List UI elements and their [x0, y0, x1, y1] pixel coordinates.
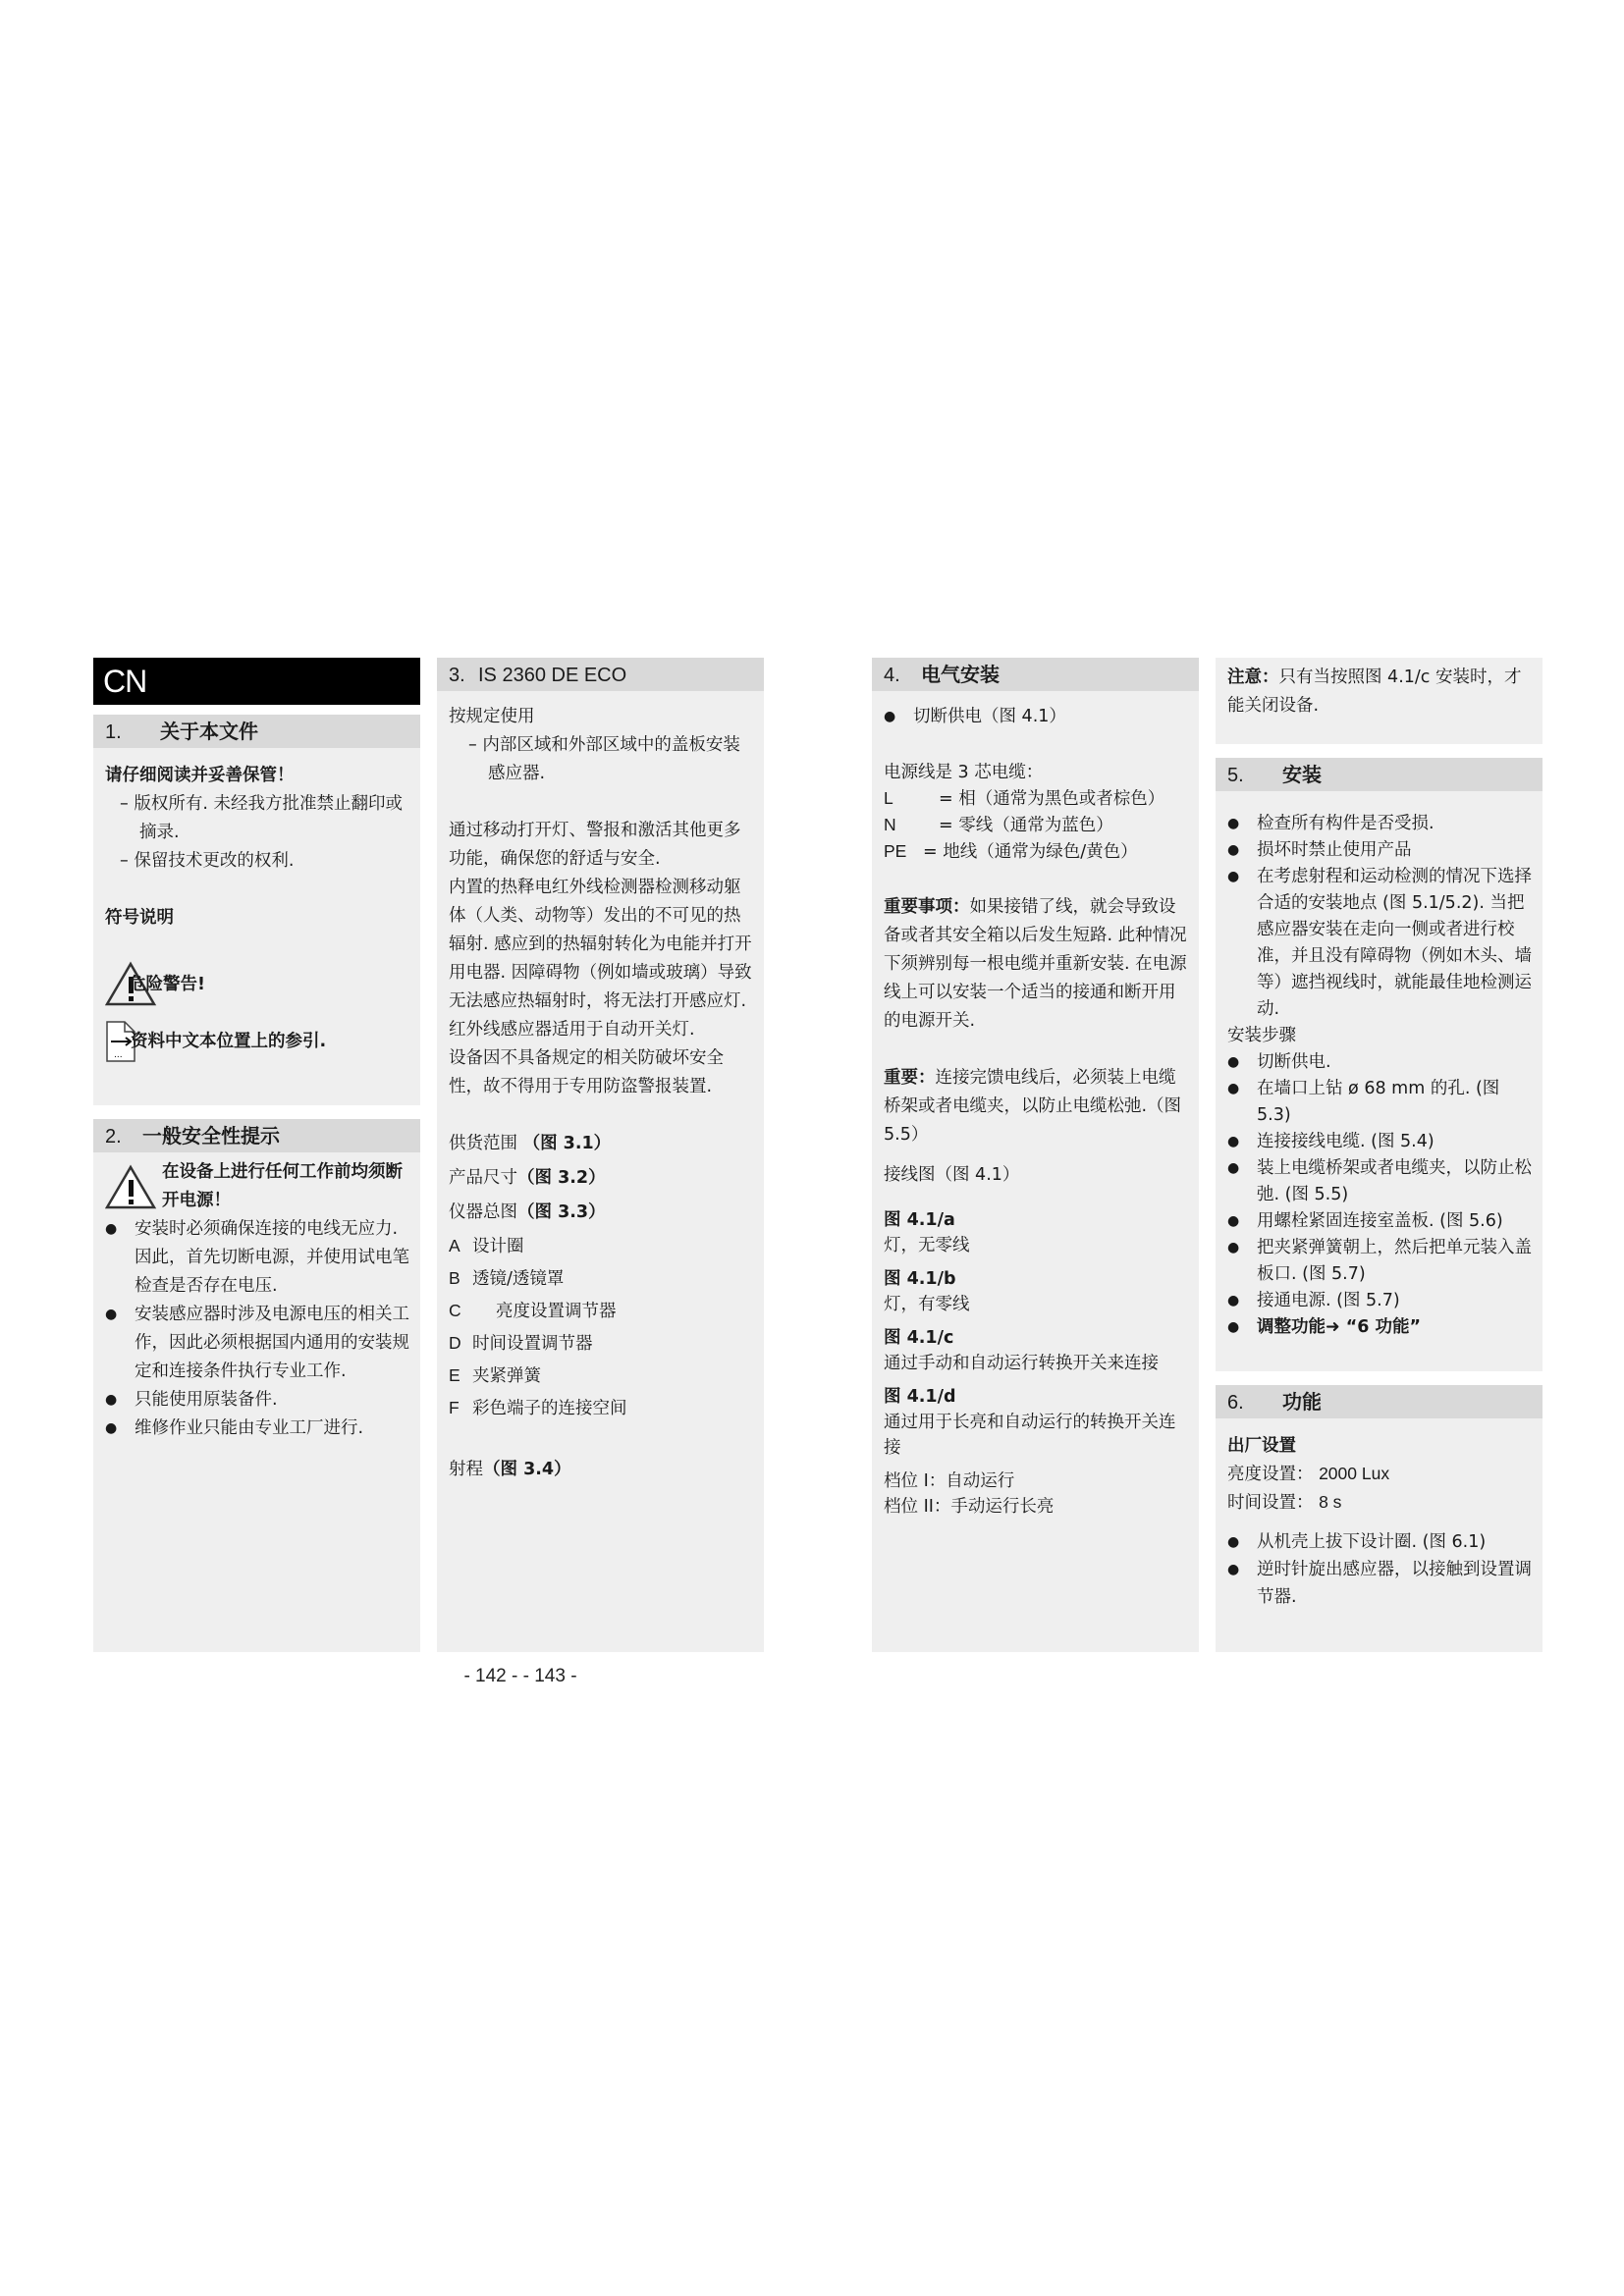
list-item: ●接通电源. (图 5.7): [1227, 1288, 1533, 1314]
list-item: ●把夹紧弹簧朝上，然后把单元装入盖板口. (图 5.7): [1227, 1235, 1533, 1288]
section-title: 安装: [1282, 763, 1322, 786]
section-4-header: 4.电气安装: [872, 658, 1199, 691]
intended-use-heading: 按规定使用: [449, 703, 754, 731]
section-6: 6.功能 出厂设置 亮度设置： 2000 Lux 时间设置： 8 s ●从机壳上…: [1216, 1385, 1543, 1652]
section-number: 5.: [1227, 759, 1282, 792]
list-item: ●在考虑射程和运动检测的情况下选择合适的安装地点 (图 5.1/5.2). 当把…: [1227, 864, 1533, 1023]
list-item: ●损坏时禁止使用产品: [1227, 837, 1533, 864]
reference-label: 资料中文本位置上的参引.: [131, 1028, 326, 1056]
section-2: 2.一般安全性提示 在设备上进行任何工作前均须断开电源！ ●安装时必须确保连接的…: [93, 1119, 420, 1652]
figure-desc: 灯，无零线: [884, 1233, 1189, 1258]
list-item: ●逆时针旋出感应器，以接触到设置调节器.: [1227, 1556, 1533, 1611]
section-number: 1.: [105, 716, 160, 749]
brightness-setting: 亮度设置： 2000 Lux: [1227, 1460, 1533, 1488]
intro-bold: 请仔细阅读并妥善保管！: [105, 762, 410, 790]
list-item: ●用螺栓紧固连接室盖板. (图 5.6): [1227, 1208, 1533, 1235]
figure-ref: 供货范围 （图 3.1）: [449, 1130, 754, 1158]
section-title: 电气安装: [921, 663, 1000, 686]
section-5: 5.安装 ●检查所有构件是否受损. ●损坏时禁止使用产品 ●在考虑射程和运动检测…: [1216, 758, 1543, 1371]
column-3: 4.电气安装 ●切断供电（图 4.1） 电源线是 3 芯电缆： L= 相（通常为…: [872, 658, 1199, 1652]
section-2-header: 2.一般安全性提示: [93, 1119, 420, 1152]
figure-ref: 仪器总图（图 3.3）: [449, 1199, 754, 1227]
safety-warning-text: 在设备上进行任何工作前均须断开电源！: [158, 1158, 410, 1215]
section-title: 关于本文件: [160, 720, 258, 743]
symbols-heading: 符号说明: [105, 904, 410, 933]
page-numbers: - 142 - - 143 -: [0, 1666, 1041, 1687]
language-tab: CN: [93, 658, 420, 705]
part-item: F彩色端子的连接空间: [449, 1395, 754, 1421]
section-6-header: 6.功能: [1216, 1385, 1543, 1418]
section-number: 2.: [105, 1120, 142, 1153]
part-item: C亮度设置调节器: [449, 1298, 754, 1324]
part-item: B透镜/透镜罩: [449, 1265, 754, 1292]
section-title: IS 2360 DE ECO: [478, 665, 626, 686]
section-number: 6.: [1227, 1386, 1282, 1419]
figure-label: 图 4.1/a: [884, 1207, 1189, 1233]
switch-position: 档位 I：自动运行: [884, 1468, 1189, 1494]
section-1: 1.关于本文件 请仔细阅读并妥善保管！ – 版权所有. 未经我方批准禁止翻印或摘…: [93, 715, 420, 1105]
important-note-1: 重要事项：如果接错了线，就会导致设备或者其安全箱以后发生短路. 此种情况下须辨别…: [884, 893, 1189, 1036]
symbol-reference: ... 资料中文本位置上的参引.: [105, 1020, 410, 1063]
wire-row: N= 零线（通常为蓝色）: [884, 812, 1189, 838]
list-item: ●切断供电（图 4.1）: [884, 703, 1189, 731]
section-3-header: 3.IS 2360 DE ECO: [437, 658, 764, 691]
paragraph: 设备因不具备规定的相关防破坏安全性，故不得用于专用防盗警报装置.: [449, 1044, 754, 1101]
svg-text:...: ...: [114, 1050, 123, 1060]
part-item: E夹紧弹簧: [449, 1362, 754, 1389]
wire-row: PE= 地线（通常为绿色/黄色）: [884, 838, 1189, 865]
section-1-header: 1.关于本文件: [93, 715, 420, 748]
list-item: ●安装感应器时涉及电源电压的相关工作，因此必须根据国内通用的安装规定和连接条件执…: [105, 1301, 410, 1386]
list-item: ●只能使用原装备件.: [105, 1386, 410, 1415]
figure-desc: 通过用于长亮和自动运行的转换开关连接: [884, 1410, 1189, 1461]
time-setting: 时间设置： 8 s: [1227, 1488, 1533, 1517]
figure-label: 图 4.1/d: [884, 1384, 1189, 1410]
note-text: 注意：只有当按照图 4.1/c 安装时，才能关闭设备.: [1227, 664, 1533, 721]
figure-label: 图 4.1/b: [884, 1266, 1189, 1292]
figure-desc: 灯，有零线: [884, 1292, 1189, 1317]
section-number: 4.: [884, 659, 921, 692]
cable-intro: 电源线是 3 芯电缆：: [884, 760, 1189, 785]
list-item: ●切断供电.: [1227, 1049, 1533, 1076]
wiring-ref: 接线图（图 4.1）: [884, 1161, 1189, 1190]
safety-warning: 在设备上进行任何工作前均须断开电源！: [105, 1158, 410, 1215]
important-note-2: 重要：连接完馈电线后，必须装上电缆桥架或者电缆夹，以防止电缆松弛.（图 5.5）: [884, 1064, 1189, 1149]
column-2: 3.IS 2360 DE ECO 按规定使用 – 内部区域和外部区域中的盖板安装…: [437, 658, 764, 1652]
dash-item: – 保留技术更改的权利.: [105, 847, 410, 876]
list-item: ●维修作业只能由专业工厂进行.: [105, 1415, 410, 1443]
list-item: ●调整功能➜ “6 功能”: [1227, 1314, 1533, 1341]
dash-item: – 版权所有. 未经我方批准禁止翻印或摘录.: [105, 790, 410, 847]
note-box: 注意：只有当按照图 4.1/c 安装时，才能关闭设备.: [1216, 658, 1543, 744]
warning-label: 危险警告!: [129, 971, 205, 999]
range-ref: 射程（图 3.4）: [449, 1456, 754, 1484]
list-item: ●安装时必须确保连接的电线无应力. 因此，首先切断电源，并使用试电笔检查是否存在…: [105, 1215, 410, 1301]
factory-heading: 出厂设置: [1227, 1432, 1533, 1460]
section-number: 3.: [449, 659, 478, 692]
switch-position: 档位 II：手动运行长亮: [884, 1494, 1189, 1520]
section-title: 一般安全性提示: [142, 1124, 280, 1148]
list-item: ●检查所有构件是否受损.: [1227, 811, 1533, 837]
column-4: 注意：只有当按照图 4.1/c 安装时，才能关闭设备. 5.安装 ●检查所有构件…: [1216, 658, 1543, 1652]
figure-label: 图 4.1/c: [884, 1325, 1189, 1351]
figure-ref: 产品尺寸（图 3.2）: [449, 1164, 754, 1193]
list-item: ●从机壳上拔下设计圈. (图 6.1): [1227, 1528, 1533, 1556]
section-5-header: 5.安装: [1216, 758, 1543, 791]
steps-heading: 安装步骤: [1227, 1023, 1533, 1049]
figure-desc: 通过手动和自动运行转换开关来连接: [884, 1351, 1189, 1376]
section-title: 功能: [1282, 1390, 1322, 1414]
column-1: CN 1.关于本文件 请仔细阅读并妥善保管！ – 版权所有. 未经我方批准禁止翻…: [93, 658, 420, 1652]
list-item: ●在墙口上钻 ø 68 mm 的孔. (图 5.3): [1227, 1076, 1533, 1129]
part-item: D时间设置调节器: [449, 1330, 754, 1357]
symbol-warning: 危险警告!: [105, 961, 410, 1008]
paragraph: 内置的热释电红外线检测器检测移动躯体（人类、动物等）发出的不可见的热辐射. 感应…: [449, 874, 754, 1016]
warning-triangle-icon: [105, 1164, 158, 1211]
list-item: ●连接接线电缆. (图 5.4): [1227, 1129, 1533, 1155]
dash-item: – 内部区域和外部区域中的盖板安装感应器.: [449, 731, 754, 788]
paragraph: 通过移动打开灯、警报和激活其他更多功能，确保您的舒适与安全.: [449, 817, 754, 874]
paragraph: 红外线感应器适用于自动开关灯.: [449, 1016, 754, 1044]
wire-row: L= 相（通常为黑色或者棕色）: [884, 785, 1189, 812]
list-item: ●装上电缆桥架或者电缆夹，以防止松弛. (图 5.5): [1227, 1155, 1533, 1208]
part-item: A设计圈: [449, 1233, 754, 1259]
